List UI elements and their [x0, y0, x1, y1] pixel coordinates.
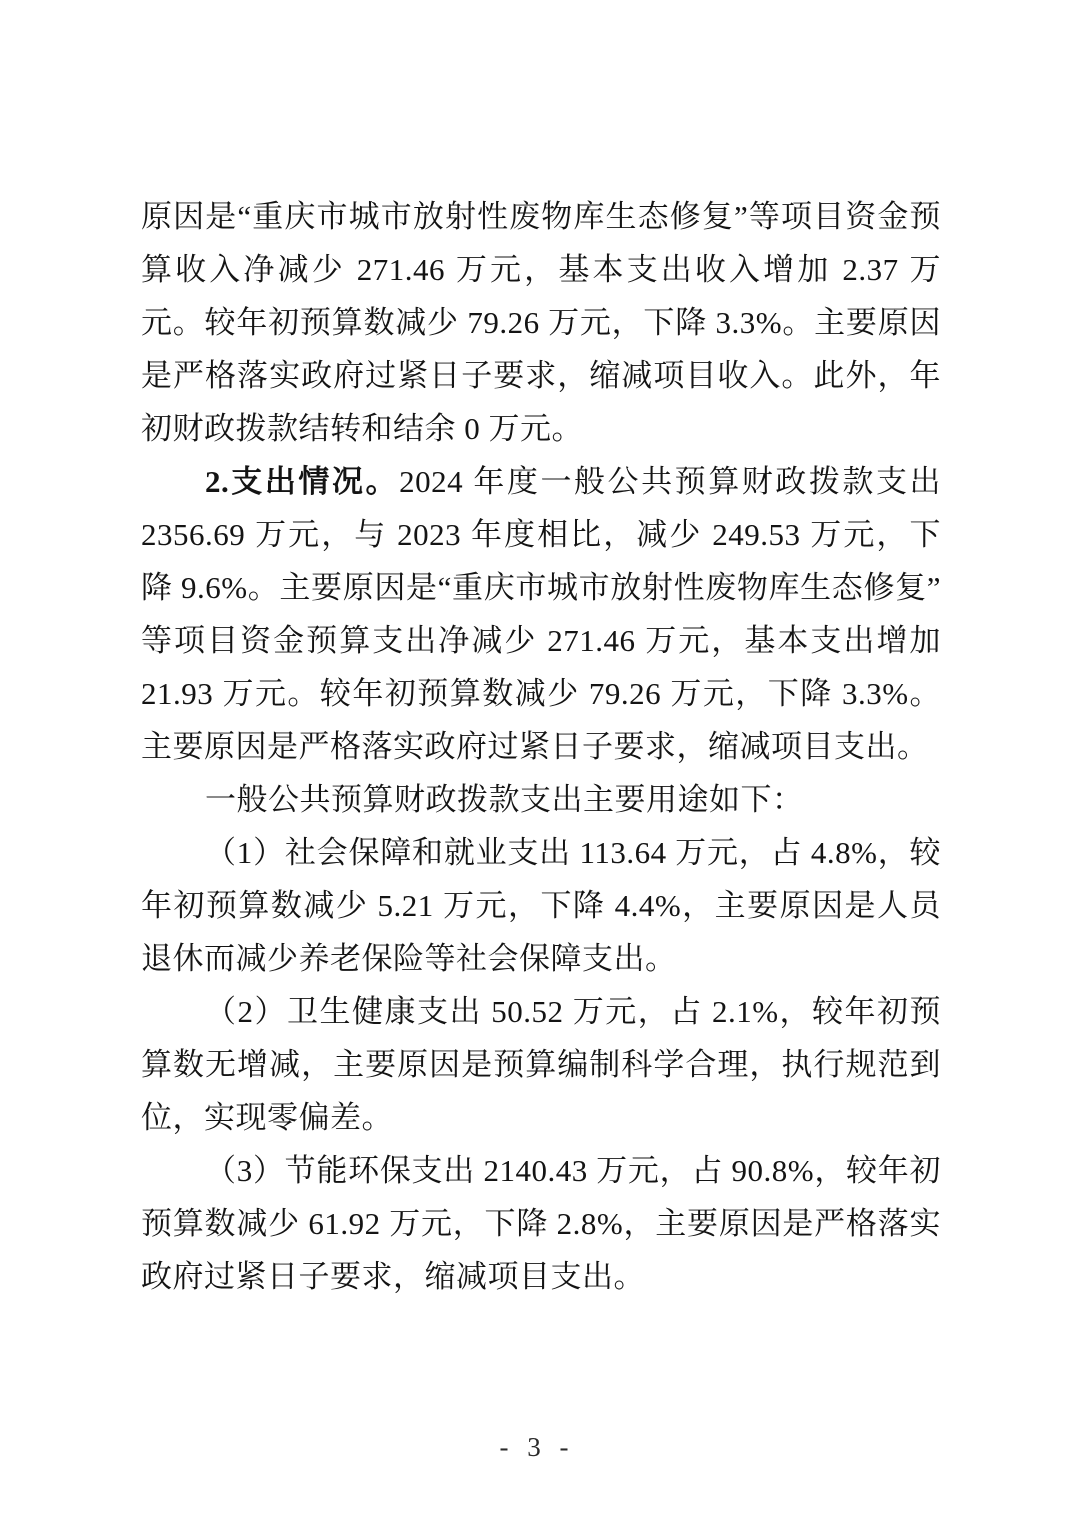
paragraph: 2.支出情况。2024 年度一般公共预算财政拨款支出 2356.69 万元，与 …: [141, 455, 941, 773]
paragraph: （2）卫生健康支出 50.52 万元，占 2.1%，较年初预算数无增减，主要原因…: [141, 985, 941, 1144]
paragraph: 一般公共预算财政拨款支出主要用途如下：: [141, 773, 941, 826]
paragraph: （3）节能环保支出 2140.43 万元，占 90.8%，较年初预算数减少 61…: [141, 1144, 941, 1303]
paragraph-run: （3）节能环保支出 2140.43 万元，占 90.8%，较年初预算数减少 61…: [141, 1153, 941, 1294]
document-page: 原因是“重庆市城市放射性废物库生态修复”等项目资金预算收入净减少 271.46 …: [0, 0, 1074, 1520]
paragraph-run: 2024 年度一般公共预算财政拨款支出 2356.69 万元，与 2023 年度…: [141, 464, 941, 764]
paragraph-run: 一般公共预算财政拨款支出主要用途如下：: [205, 782, 804, 817]
paragraph: （1）社会保障和就业支出 113.64 万元，占 4.8%，较年初预算数减少 5…: [141, 826, 941, 985]
document-body: 原因是“重庆市城市放射性废物库生态修复”等项目资金预算收入净减少 271.46 …: [141, 190, 941, 1303]
paragraph: 原因是“重庆市城市放射性废物库生态修复”等项目资金预算收入净减少 271.46 …: [141, 190, 941, 455]
paragraph-run: （1）社会保障和就业支出 113.64 万元，占 4.8%，较年初预算数减少 5…: [141, 835, 941, 976]
paragraph-run: （2）卫生健康支出 50.52 万元，占 2.1%，较年初预算数无增减，主要原因…: [141, 994, 941, 1135]
paragraph-run-bold: 2.支出情况。: [205, 464, 399, 499]
page-footer: - 3 -: [0, 1432, 1074, 1463]
paragraph-run: 原因是“重庆市城市放射性废物库生态修复”等项目资金预算收入净减少 271.46 …: [141, 199, 941, 446]
page-number: - 3 -: [500, 1432, 575, 1462]
